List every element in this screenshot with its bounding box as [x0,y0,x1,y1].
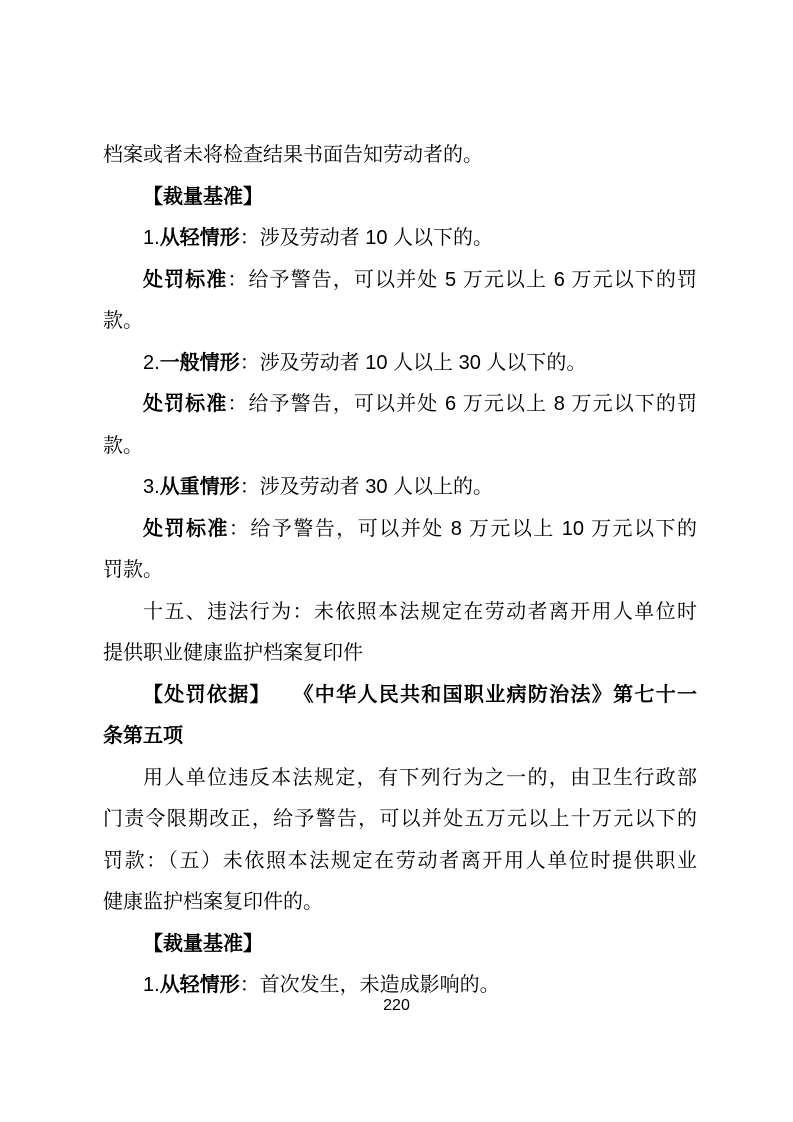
text-line: 3.从重情形：涉及劳动者 30 人以上的。 [103,467,697,509]
text-line: 1.从轻情形：涉及劳动者 10 人以下的。 [103,218,697,260]
text-segment: 1. [143,227,160,249]
text-line: 用人单位违反本法规定，有下列行为之一的，由卫生行政部 [103,758,697,800]
text-segment: 用人单位违反本法规定，有下列行为之一的，由卫生行政部 [143,767,697,789]
text-segment: 1. [143,974,160,996]
text-segment: ：涉及劳动者 30 人以上的。 [240,476,493,498]
text-line: 条第五项 [103,716,697,758]
page-number: 220 [0,997,793,1015]
text-segment: ：给予警告，可以并处 5 万元以上 6 万元以下的罚 [227,269,697,291]
bold-text-segment: 从轻情形 [160,227,240,249]
text-line: 罚款。 [103,550,697,592]
text-line: 【裁量基准】 [103,177,697,219]
text-line: 罚款：（五）未依照本法规定在劳动者离开用人单位时提供职业 [103,841,697,883]
bold-text-segment: 从重情形 [160,476,240,498]
text-line: 【裁量基准】 [103,924,697,966]
text-segment: 款。 [103,435,143,457]
text-line: 处罚标准：给予警告，可以并处 5 万元以上 6 万元以下的罚 [103,260,697,302]
text-line: 门责令限期改正，给予警告，可以并处五万元以上十万元以下的 [103,799,697,841]
text-segment: 3. [143,476,160,498]
text-segment: 门责令限期改正，给予警告，可以并处五万元以上十万元以下的 [103,808,697,830]
text-line: 【处罚依据】 《中华人民共和国职业病防治法》第七十一 [103,675,697,717]
text-segment: 款。 [103,310,143,332]
text-line: 款。 [103,301,697,343]
bold-text-segment: 【裁量基准】 [143,186,263,208]
text-line: 款。 [103,426,697,468]
text-segment: 健康监护档案复印件的。 [103,891,323,913]
bold-text-segment: 从轻情形 [160,974,240,996]
text-segment: ：首次发生，未造成影响的。 [240,974,500,996]
bold-text-segment: 处罚标准 [143,269,227,291]
text-line: 处罚标准：给予警告，可以并处 6 万元以上 8 万元以下的罚 [103,384,697,426]
text-segment: ：涉及劳动者 10 人以下的。 [240,227,493,249]
text-segment: 提供职业健康监护档案复印件 [103,642,363,664]
bold-text-segment: 条第五项 [103,725,183,747]
text-line: 提供职业健康监护档案复印件 [103,633,697,675]
text-line: 2.一般情形：涉及劳动者 10 人以上 30 人以下的。 [103,343,697,385]
text-segment: ：给予警告，可以并处 6 万元以上 8 万元以下的罚 [227,393,697,415]
document-page: 档案或者未将检查结果书面告知劳动者的。【裁量基准】1.从轻情形：涉及劳动者 10… [0,0,793,1122]
bold-text-segment: 一般情形 [160,352,240,374]
text-segment: 罚款：（五）未依照本法规定在劳动者离开用人单位时提供职业 [103,850,697,872]
text-line: 处罚标准：给予警告，可以并处 8 万元以上 10 万元以下的 [103,509,697,551]
text-segment: ：涉及劳动者 10 人以上 30 人以下的。 [240,352,587,374]
text-segment: 罚款。 [103,559,163,581]
bold-text-segment: 处罚标准 [143,393,227,415]
bold-text-segment: 【处罚依据】 《中华人民共和国职业病防治法》第七十一 [143,684,697,706]
document-body: 档案或者未将检查结果书面告知劳动者的。【裁量基准】1.从轻情形：涉及劳动者 10… [103,135,697,1007]
text-line: 健康监护档案复印件的。 [103,882,697,924]
text-line: 档案或者未将检查结果书面告知劳动者的。 [103,135,697,177]
bold-text-segment: 【裁量基准】 [143,933,263,955]
text-segment: 档案或者未将检查结果书面告知劳动者的。 [103,144,483,166]
bold-text-segment: 处罚标准 [143,518,229,540]
text-segment: ：给予警告，可以并处 8 万元以上 10 万元以下的 [229,518,697,540]
text-segment: 2. [143,352,160,374]
text-line: 十五、违法行为：未依照本法规定在劳动者离开用人单位时 [103,592,697,634]
text-segment: 十五、违法行为：未依照本法规定在劳动者离开用人单位时 [143,601,697,623]
